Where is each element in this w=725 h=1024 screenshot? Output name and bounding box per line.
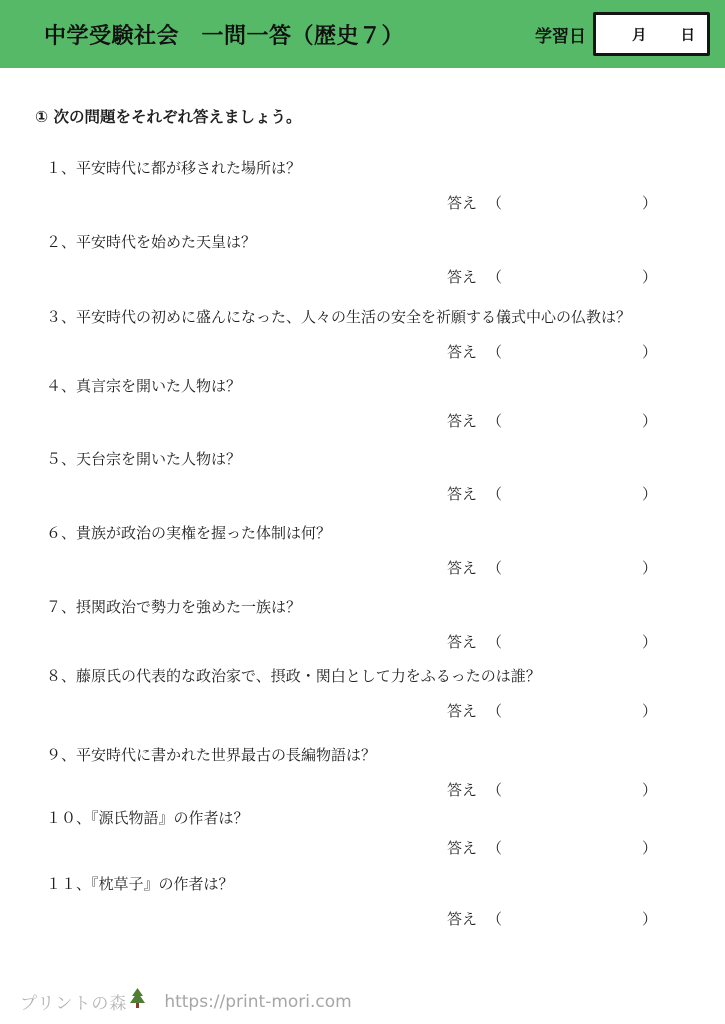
answer-line: 答え （ ） (447, 410, 657, 431)
answer-line: 答え （ ） (447, 483, 657, 504)
answer-blank[interactable] (502, 280, 642, 282)
question-text: ４、真言宗を開いた人物は？ (46, 375, 241, 396)
answer-close-paren: ） (642, 631, 657, 652)
header: 中学受験社会 一問一答（歴史７） 学習日 月 日 (0, 0, 725, 68)
question-text: ３、平安時代の初めに盛んになった、人々の生活の安全を祈願する儀式中心の仏教は？ (46, 306, 631, 327)
day-label: 日 (681, 24, 696, 45)
answer-open-paren: （ (487, 410, 502, 431)
answer-open-paren: （ (487, 908, 502, 929)
answer-close-paren: ） (642, 779, 657, 800)
answer-open-paren: （ (487, 700, 502, 721)
question-text: ８、藤原氏の代表的な政治家で、摂政・関白として力をふるったのは誰？ (46, 665, 541, 686)
answer-label: 答え (447, 557, 477, 578)
study-date-box[interactable]: 月 日 (593, 12, 710, 56)
answer-line: 答え （ ） (447, 557, 657, 578)
answer-line: 答え （ ） (447, 908, 657, 929)
answer-close-paren: ） (642, 908, 657, 929)
instruction: ① 次の問題をそれぞれ答えましょう。 (35, 105, 302, 127)
answer-open-paren: （ (487, 837, 502, 858)
answer-blank[interactable] (502, 645, 642, 647)
question-text: １０、『源氏物語』の作者は？ (46, 807, 249, 828)
answer-blank[interactable] (502, 922, 642, 924)
month-label: 月 (632, 24, 647, 45)
answer-open-paren: （ (487, 779, 502, 800)
answer-open-paren: （ (487, 341, 502, 362)
worksheet-page: 中学受験社会 一問一答（歴史７） 学習日 月 日 ① 次の問題をそれぞれ答えまし… (0, 0, 725, 1024)
answer-close-paren: ） (642, 700, 657, 721)
answer-open-paren: （ (487, 631, 502, 652)
answer-close-paren: ） (642, 266, 657, 287)
answer-blank[interactable] (502, 497, 642, 499)
answer-blank[interactable] (502, 355, 642, 357)
answer-close-paren: ） (642, 557, 657, 578)
answer-label: 答え (447, 700, 477, 721)
answer-blank[interactable] (502, 851, 642, 853)
answer-line: 答え （ ） (447, 700, 657, 721)
answer-blank[interactable] (502, 206, 642, 208)
answer-open-paren: （ (487, 557, 502, 578)
answer-close-paren: ） (642, 410, 657, 431)
question-text: ９、平安時代に書かれた世界最古の長編物語は？ (46, 744, 376, 765)
content: ① 次の問題をそれぞれ答えましょう。 １、平安時代に都が移された場所は？ 答え … (0, 68, 725, 1024)
question-text: ５、天台宗を開いた人物は？ (46, 448, 241, 469)
answer-line: 答え （ ） (447, 837, 657, 858)
answer-line: 答え （ ） (447, 192, 657, 213)
page-title: 中学受験社会 一問一答（歴史７） (44, 19, 404, 50)
study-date-label: 学習日 (535, 22, 586, 47)
answer-line: 答え （ ） (447, 631, 657, 652)
answer-label: 答え (447, 266, 477, 287)
answer-close-paren: ） (642, 192, 657, 213)
evergreen-tree-icon (129, 988, 146, 1013)
answer-label: 答え (447, 192, 477, 213)
answer-blank[interactable] (502, 571, 642, 573)
answer-label: 答え (447, 908, 477, 929)
answer-open-paren: （ (487, 192, 502, 213)
footer: プリントの森 https://print-mori.com (20, 988, 352, 1015)
site-url[interactable]: https://print-mori.com (164, 992, 351, 1012)
answer-close-paren: ） (642, 837, 657, 858)
question-text: １１、『枕草子』の作者は？ (46, 873, 234, 894)
study-date-area: 学習日 月 日 (535, 12, 710, 56)
answer-close-paren: ） (642, 483, 657, 504)
question-text: １、平安時代に都が移された場所は？ (46, 157, 301, 178)
answer-blank[interactable] (502, 793, 642, 795)
answer-label: 答え (447, 410, 477, 431)
answer-blank[interactable] (502, 714, 642, 716)
answer-label: 答え (447, 341, 477, 362)
answer-label: 答え (447, 779, 477, 800)
answer-label: 答え (447, 837, 477, 858)
answer-blank[interactable] (502, 424, 642, 426)
answer-line: 答え （ ） (447, 266, 657, 287)
question-text: ７、摂関政治で勢力を強めた一族は？ (46, 596, 301, 617)
answer-label: 答え (447, 483, 477, 504)
answer-label: 答え (447, 631, 477, 652)
answer-line: 答え （ ） (447, 779, 657, 800)
answer-close-paren: ） (642, 341, 657, 362)
question-text: ２、平安時代を始めた天皇は？ (46, 231, 256, 252)
answer-open-paren: （ (487, 483, 502, 504)
question-text: ６、貴族が政治の実権を握った体制は何？ (46, 522, 331, 543)
answer-open-paren: （ (487, 266, 502, 287)
brand-name: プリントの森 (20, 989, 127, 1014)
answer-line: 答え （ ） (447, 341, 657, 362)
